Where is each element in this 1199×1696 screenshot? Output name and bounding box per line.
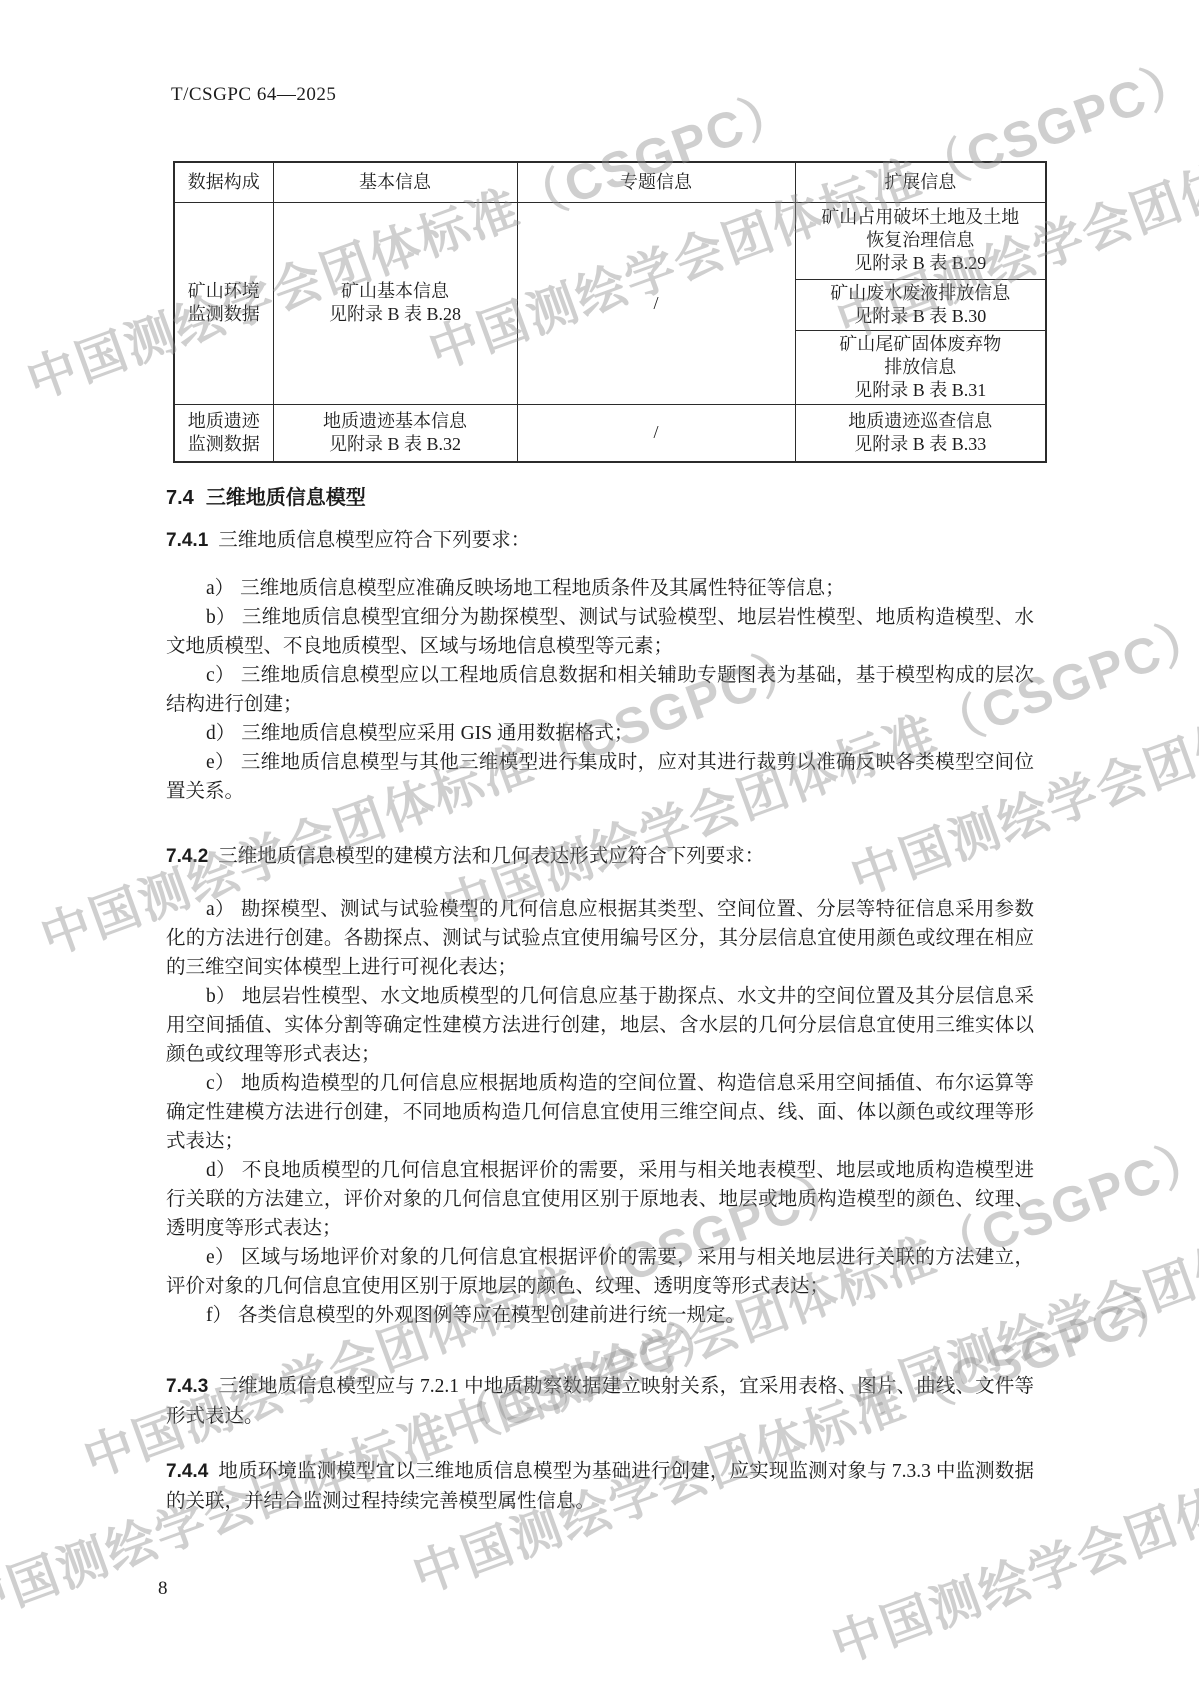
clause-7-4-1-items: a）三维地质信息模型应准确反映场地工程地质条件及其属性特征等信息； b）三维地质…: [166, 574, 1034, 806]
column-header-thematic: 专题信息: [517, 162, 795, 202]
clause-number: 7.4.2: [166, 846, 208, 867]
cell-thematic-mine: /: [517, 202, 795, 404]
cell-category-mine: 矿山环境 监测数据: [174, 202, 273, 404]
clause-text: 三维地质信息模型应符合下列要求：: [218, 530, 530, 551]
clause-7-4-3: 7.4.3三维地质信息模型应与 7.2.1 中地质勘察数据建立映射关系，宜采用表…: [166, 1372, 1034, 1432]
section-number: 7.4: [166, 487, 194, 509]
table-header-row: 数据构成 基本信息 专题信息 扩展信息: [174, 162, 1046, 202]
clause-item-a: a）勘探模型、测试与试验模型的几何信息应根据其类型、空间位置、分层等特征信息采用…: [166, 895, 1034, 982]
cell-basic-relics: 地质遗迹基本信息 见附录 B 表 B.32: [273, 404, 517, 462]
cell-category-relics: 地质遗迹 监测数据: [174, 404, 273, 462]
clause-item-d: d）三维地质信息模型应采用 GIS 通用数据格式；: [166, 719, 1034, 748]
column-header-composition: 数据构成: [174, 162, 273, 202]
cell-extended-mine-land: 矿山占用破坏土地及土地 恢复治理信息 见附录 B 表 B.29: [795, 202, 1046, 279]
section-title: 三维地质信息模型: [206, 487, 366, 509]
clause-number: 7.4.1: [166, 530, 208, 551]
cell-basic-mine: 矿山基本信息 见附录 B 表 B.28: [273, 202, 517, 404]
clause-item-b: b）三维地质信息模型宜细分为勘探模型、测试与试验模型、地层岩性模型、地质构造模型…: [166, 603, 1034, 661]
doc-code: T/CSGPC 64—2025: [171, 84, 336, 106]
cell-extended-relics: 地质遗迹巡查信息 见附录 B 表 B.33: [795, 404, 1046, 462]
page-number: 8: [158, 1578, 168, 1600]
section-heading-7-4: 7.4三维地质信息模型: [166, 481, 366, 510]
clause-item-c: c）三维地质信息模型应以工程地质信息数据和相关辅助专题图表为基础，基于模型构成的…: [166, 661, 1034, 719]
clause-item-f: f）各类信息模型的外观图例等应在模型创建前进行统一规定。: [166, 1301, 1034, 1330]
clause-number: 7.4.3: [166, 1376, 208, 1397]
clause-item-c: c）地质构造模型的几何信息应根据地质构造的空间位置、构造信息采用空间插值、布尔运…: [166, 1069, 1034, 1156]
clause-text: 地质环境监测模型宜以三维地质信息模型为基础进行创建，应实现监测对象与 7.3.3…: [166, 1461, 1034, 1512]
clause-item-e: e）三维地质信息模型与其他三维模型进行集成时，应对其进行裁剪以准确反映各类模型空…: [166, 748, 1034, 806]
clause-7-4-4: 7.4.4地质环境监测模型宜以三维地质信息模型为基础进行创建，应实现监测对象与 …: [166, 1457, 1034, 1517]
clause-text: 三维地质信息模型的建模方法和几何表达形式应符合下列要求：: [218, 846, 764, 867]
standard-document-page: T/CSGPC 64—2025 数据构成 基本信息 专题信息 扩展信息 矿山环境…: [0, 0, 1199, 1696]
clause-7-4-1: 7.4.1三维地质信息模型应符合下列要求：: [166, 526, 1034, 556]
clause-number: 7.4.4: [166, 1461, 208, 1482]
table-row: 矿山环境 监测数据 矿山基本信息 见附录 B 表 B.28 / 矿山占用破坏土地…: [174, 202, 1046, 279]
clause-item-b: b）地层岩性模型、水文地质模型的几何信息应基于勘探点、水文井的空间位置及其分层信…: [166, 982, 1034, 1069]
column-header-basic: 基本信息: [273, 162, 517, 202]
clause-item-e: e）区域与场地评价对象的几何信息宜根据评价的需要，采用与相关地层进行关联的方法建…: [166, 1243, 1034, 1301]
clause-item-d: d）不良地质模型的几何信息宜根据评价的需要，采用与相关地表模型、地层或地质构造模…: [166, 1156, 1034, 1243]
table-row: 地质遗迹 监测数据 地质遗迹基本信息 见附录 B 表 B.32 / 地质遗迹巡查…: [174, 404, 1046, 462]
column-header-extended: 扩展信息: [795, 162, 1046, 202]
clause-item-a: a）三维地质信息模型应准确反映场地工程地质条件及其属性特征等信息；: [166, 574, 1034, 603]
cell-thematic-relics: /: [517, 404, 795, 462]
clause-7-4-2: 7.4.2三维地质信息模型的建模方法和几何表达形式应符合下列要求：: [166, 842, 1034, 872]
clause-text: 三维地质信息模型应与 7.2.1 中地质勘察数据建立映射关系，宜采用表格、图片、…: [166, 1376, 1034, 1427]
data-composition-table: 数据构成 基本信息 专题信息 扩展信息 矿山环境 监测数据 矿山基本信息 见附录…: [173, 161, 1047, 463]
cell-extended-mine-tailings: 矿山尾矿固体废弃物 排放信息 见附录 B 表 B.31: [795, 330, 1046, 404]
clause-7-4-2-items: a）勘探模型、测试与试验模型的几何信息应根据其类型、空间位置、分层等特征信息采用…: [166, 895, 1034, 1330]
cell-extended-mine-wastewater: 矿山废水废液排放信息 见附录 B 表 B.30: [795, 279, 1046, 330]
